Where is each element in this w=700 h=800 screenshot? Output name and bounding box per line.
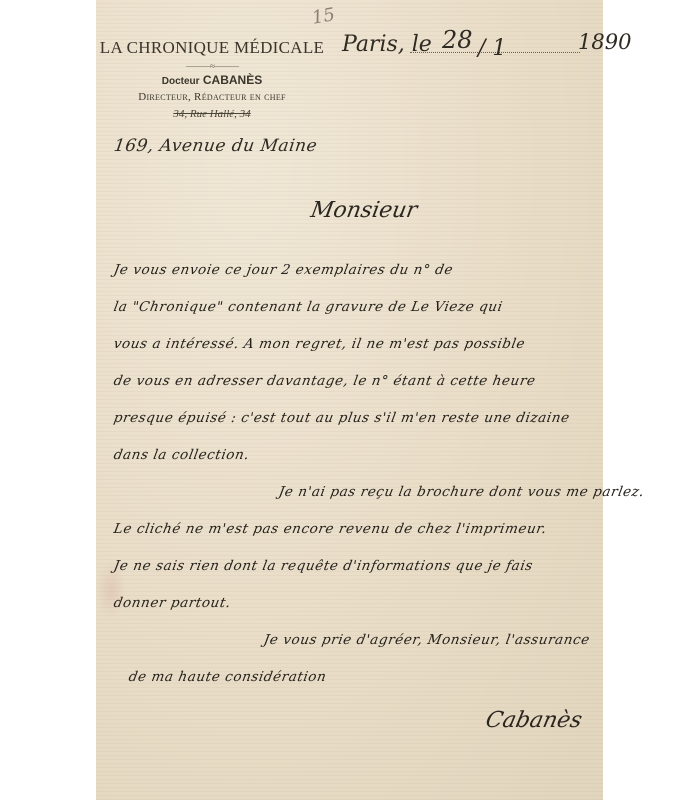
letterhead: LA CHRONIQUE MÉDICALE ———≈——— Docteur CA… xyxy=(96,38,328,120)
ornament-divider-icon: ———≈——— xyxy=(96,61,328,71)
body-line: vous a intéressé. A mon regret, il ne m'… xyxy=(109,336,596,373)
body-line: la "Chronique" contenant la gravure de L… xyxy=(109,299,596,336)
date-prefix: Paris, le xyxy=(342,32,432,57)
body-line: Je ne sais rien dont la requête d'inform… xyxy=(109,558,596,595)
date-day: 28 xyxy=(442,26,473,54)
letterhead-role: Directeur, Rédacteur en chef xyxy=(96,91,328,103)
old-address-struck: 34, Rue Hallé, 34 xyxy=(96,108,328,120)
body-line: Je vous envoie ce jour 2 exemplaires du … xyxy=(109,262,596,299)
body-line: dans la collection. xyxy=(109,447,596,484)
body-line: Le cliché ne m'est pas encore revenu de … xyxy=(109,521,596,558)
letterhead-title: LA CHRONIQUE MÉDICALE xyxy=(96,38,328,58)
date-month: / 1 xyxy=(478,36,506,61)
body-line: presque épuisé : c'est tout au plus s'il… xyxy=(109,410,596,447)
body-line: de vous en adresser davantage, le n° éta… xyxy=(109,373,596,410)
handwritten-new-address: 169, Avenue du Maine xyxy=(113,136,319,156)
letter-paper: 15 LA CHRONIQUE MÉDICALE ———≈——— Docteur… xyxy=(96,0,603,800)
doctor-prefix: Docteur xyxy=(162,76,200,87)
salutation: Monsieur xyxy=(309,198,419,223)
signature: Cabanès xyxy=(483,708,584,733)
pencil-annotation: 15 xyxy=(310,4,336,29)
letterhead-doctor: Docteur CABANÈS xyxy=(96,73,328,87)
closing-line: de ma haute considération xyxy=(109,669,596,706)
closing-line: Je vous prie d'agréer, Monsieur, l'assur… xyxy=(109,632,596,669)
doctor-name: CABANÈS xyxy=(203,73,262,87)
body-line: Je n'ai pas reçu la brochure dont vous m… xyxy=(109,484,596,521)
letter-body: Je vous envoie ce jour 2 exemplaires du … xyxy=(112,262,592,706)
date-line: Paris, le 28 / 1 1890 xyxy=(342,30,592,60)
body-line: donner partout. xyxy=(109,595,596,632)
date-year: 1890 xyxy=(578,30,631,54)
